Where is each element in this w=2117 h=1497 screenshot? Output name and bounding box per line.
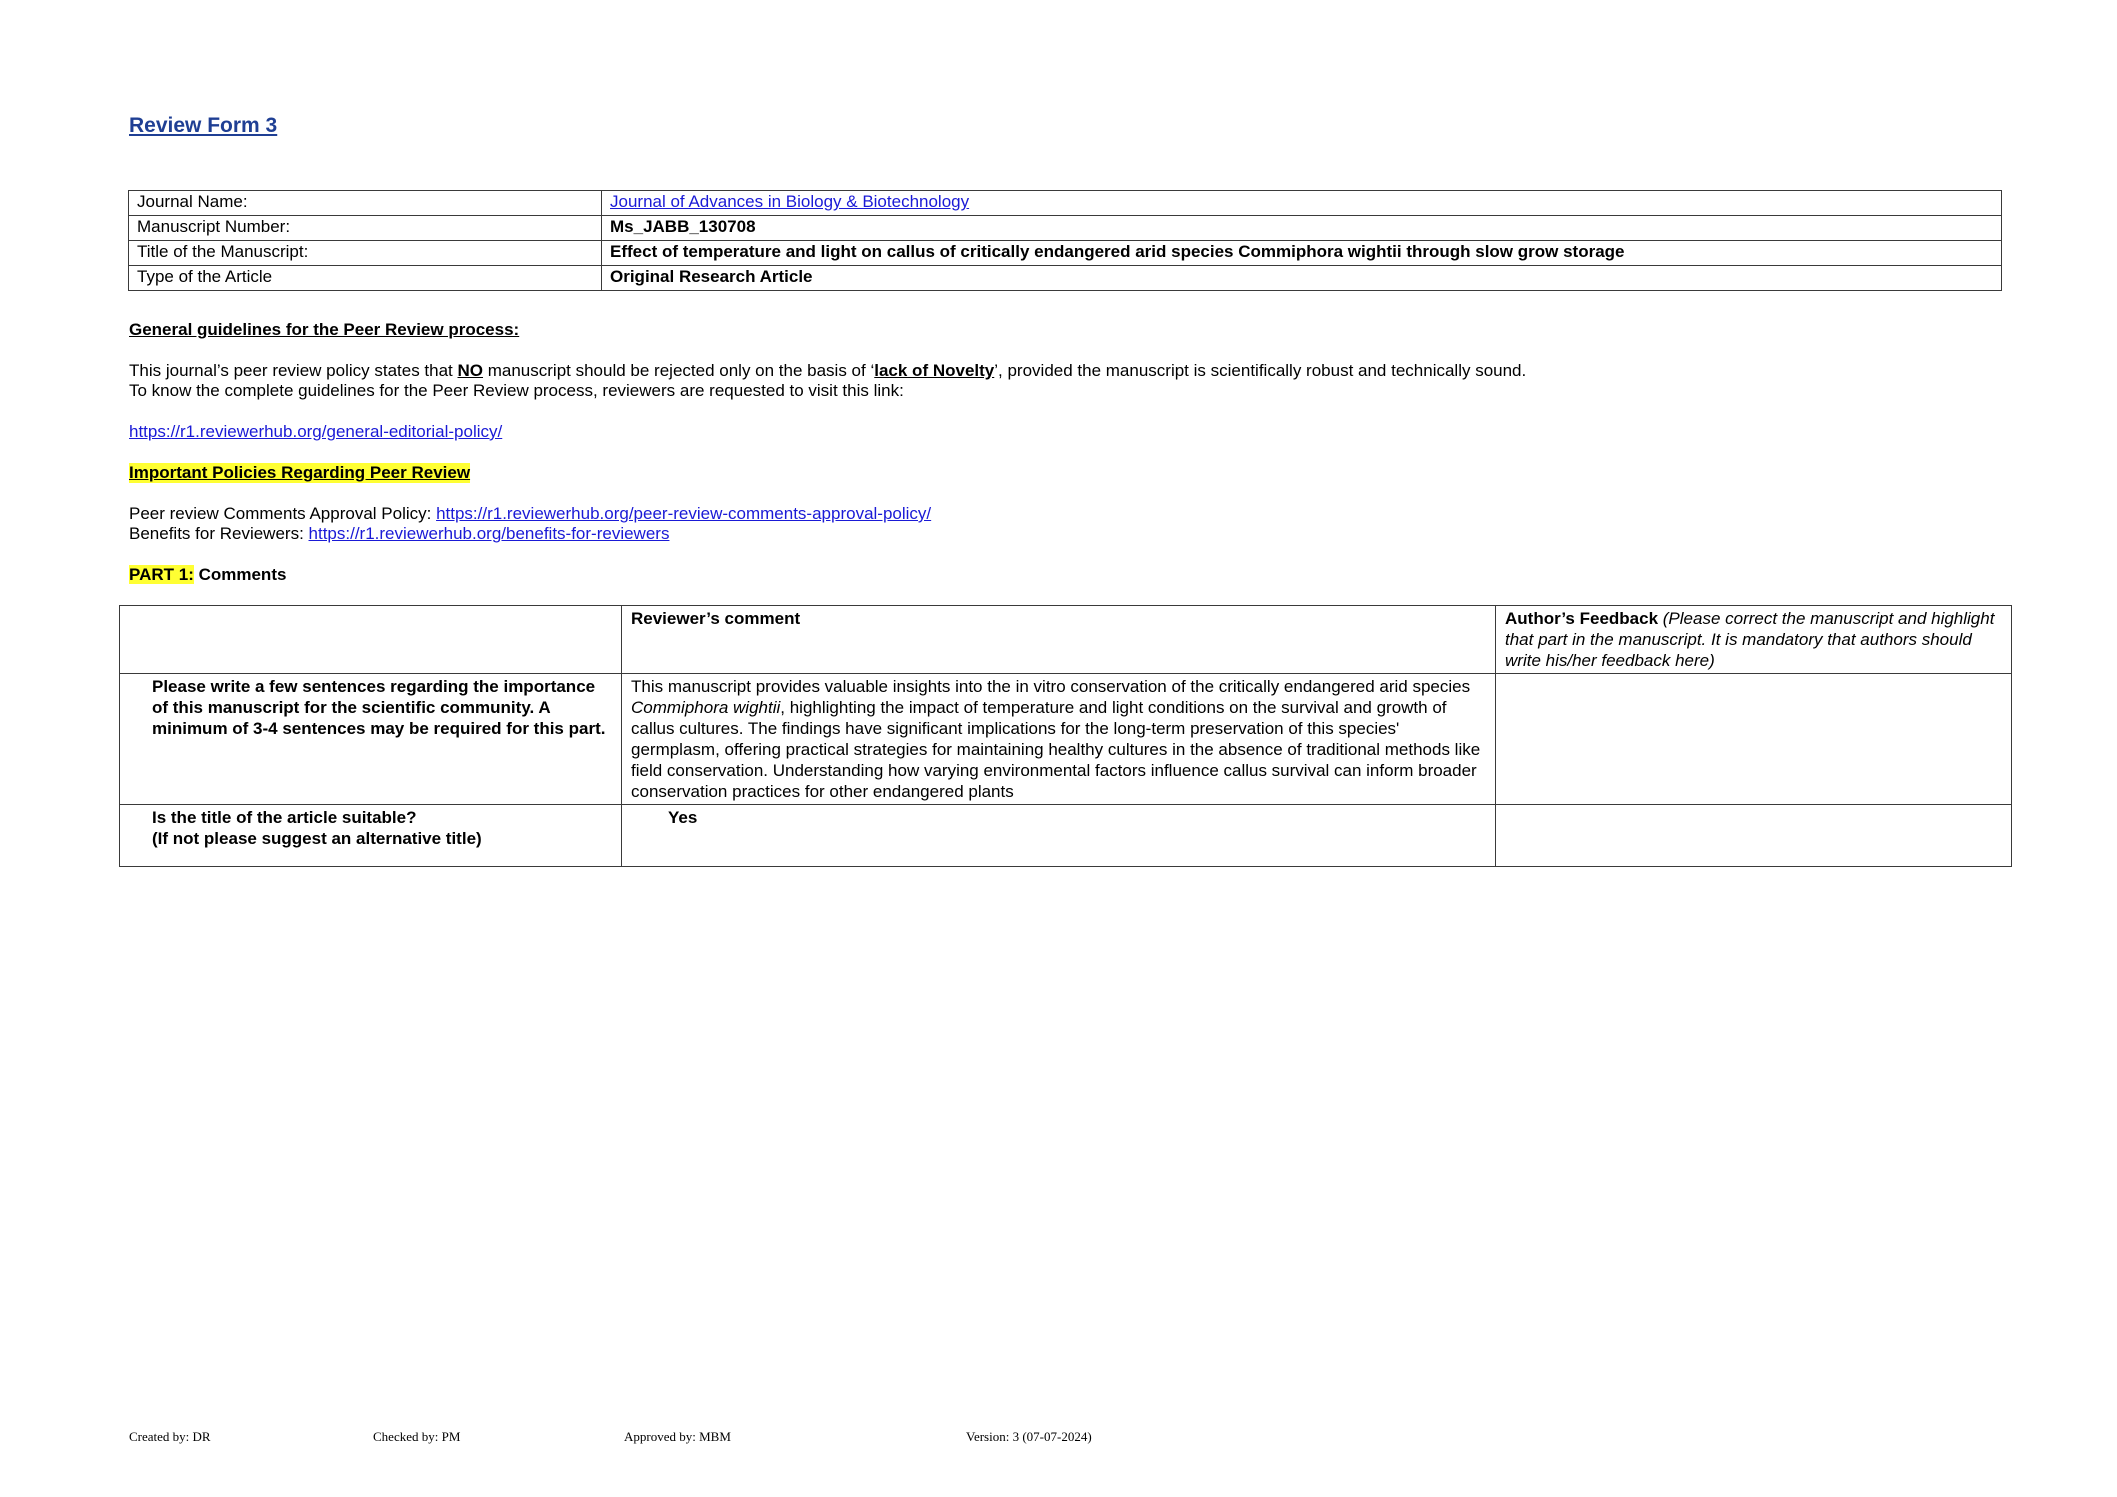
footer-approved-by: Approved by: MBM (624, 1429, 731, 1445)
table-header-row: Reviewer’s comment Author’s Feedback (Pl… (120, 606, 2012, 674)
question-importance: Please write a few sentences regarding t… (120, 674, 622, 805)
lack-of-novelty-emphasis: lack of Novelty (874, 361, 994, 380)
guidelines-text: This journal’s peer review policy states… (129, 361, 1526, 401)
reviewer-comment-title[interactable]: Yes (622, 805, 1496, 867)
manuscript-info-table: Journal Name: Journal of Advances in Bio… (128, 190, 2002, 291)
reviewer-comment-header: Reviewer’s comment (622, 606, 1496, 674)
part1-title: Comments (194, 565, 287, 584)
guidelines-line-1: This journal’s peer review policy states… (129, 361, 1526, 381)
article-type-label: Type of the Article (129, 266, 602, 291)
author-feedback-title[interactable] (1496, 805, 2012, 867)
approval-policy-link[interactable]: https://r1.reviewerhub.org/peer-review-c… (436, 504, 931, 523)
editorial-policy-link[interactable]: https://r1.reviewerhub.org/general-edito… (129, 422, 502, 442)
author-feedback-importance[interactable] (1496, 674, 2012, 805)
footer-checked-by: Checked by: PM (373, 1429, 460, 1445)
no-emphasis: NO (458, 361, 484, 380)
manuscript-title-value: Effect of temperature and light on callu… (602, 241, 2002, 266)
manuscript-number-value: Ms_JABB_130708 (602, 216, 2002, 241)
guidelines-line-2: To know the complete guidelines for the … (129, 381, 1526, 401)
table-row: Type of the Article Original Research Ar… (129, 266, 2002, 291)
journal-name-link[interactable]: Journal of Advances in Biology & Biotech… (610, 192, 969, 211)
table-row: Title of the Manuscript: Effect of tempe… (129, 241, 2002, 266)
footer-version: Version: 3 (07-07-2024) (966, 1429, 1092, 1445)
table-row: Manuscript Number: Ms_JABB_130708 (129, 216, 2002, 241)
manuscript-title-label: Title of the Manuscript: (129, 241, 602, 266)
form-title: Review Form 3 (129, 114, 277, 138)
table-row: Journal Name: Journal of Advances in Bio… (129, 191, 2002, 216)
benefits-link[interactable]: https://r1.reviewerhub.org/benefits-for-… (309, 524, 670, 543)
manuscript-number-label: Manuscript Number: (129, 216, 602, 241)
approval-policy-label: Peer review Comments Approval Policy: (129, 504, 436, 523)
benefits-label: Benefits for Reviewers: (129, 524, 309, 543)
table-row: Is the title of the article suitable?(If… (120, 805, 2012, 867)
question-title-suitable: Is the title of the article suitable?(If… (120, 805, 622, 867)
guidelines-heading: General guidelines for the Peer Review p… (129, 320, 519, 340)
comments-table: Reviewer’s comment Author’s Feedback (Pl… (119, 605, 2012, 867)
footer-created-by: Created by: DR (129, 1429, 211, 1445)
author-feedback-header: Author’s Feedback (Please correct the ma… (1496, 606, 2012, 674)
policies-links: Peer review Comments Approval Policy: ht… (129, 504, 931, 544)
policies-heading: Important Policies Regarding Peer Review (129, 463, 470, 483)
table-row: Please write a few sentences regarding t… (120, 674, 2012, 805)
article-type-value: Original Research Article (602, 266, 2002, 291)
part1-heading: PART 1: Comments (129, 565, 286, 585)
part1-label: PART 1: (129, 565, 194, 584)
reviewer-comment-importance[interactable]: This manuscript provides valuable insigh… (622, 674, 1496, 805)
journal-name-label: Journal Name: (129, 191, 602, 216)
